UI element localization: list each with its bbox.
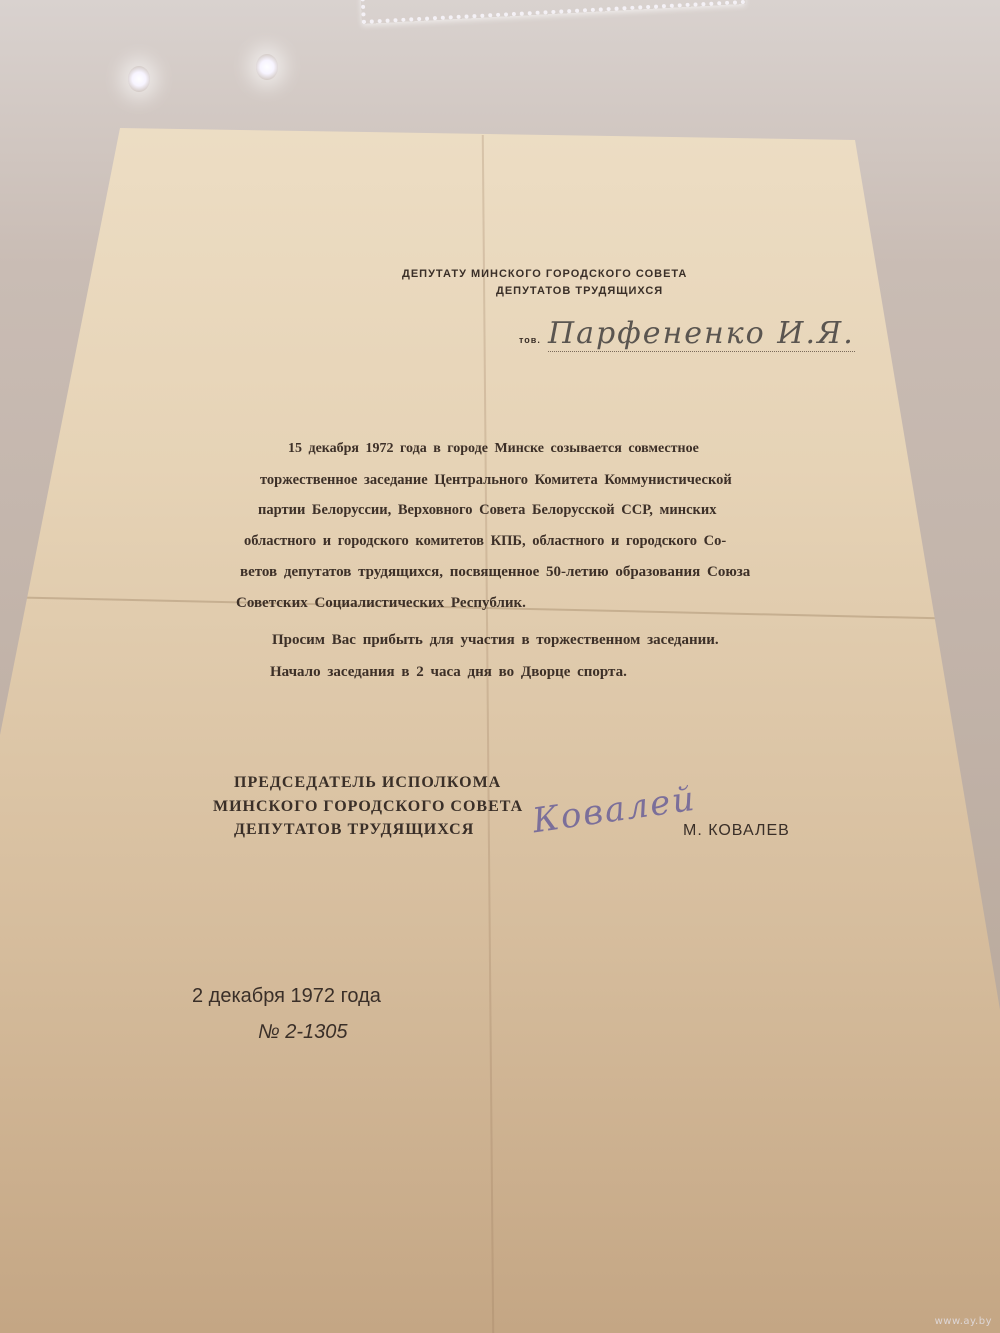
led-frame-reflection xyxy=(359,0,746,24)
ceiling-light-right xyxy=(256,54,278,80)
document-number: № 2-1305 xyxy=(258,1021,348,1044)
body-line-4: областного и городского комитетов КПБ, о… xyxy=(244,533,726,550)
signatory-title-3: ДЕПУТАТОВ ТРУДЯЩИХСЯ xyxy=(234,821,474,839)
document-paper: ДЕПУТАТУ МИНСКОГО ГОРОДСКОГО СОВЕТА ДЕПУ… xyxy=(0,0,1000,1333)
document-date: 2 декабря 1972 года xyxy=(192,985,381,1008)
signatory-name: М. КОВАЛЕВ xyxy=(683,822,790,840)
body-line-6: Советских Социалистических Республик. xyxy=(236,595,526,612)
watermark: www.ay.by xyxy=(935,1316,992,1327)
body-line-5: ветов депутатов трудящихся, посвященное … xyxy=(240,564,750,581)
vertical-fold xyxy=(482,135,494,1333)
addressee-name-handwritten: Парфененко И.Я. xyxy=(548,316,855,352)
body-line-3: партии Белоруссии, Верховного Совета Бел… xyxy=(258,502,717,519)
signatory-title-1: ПРЕДСЕДАТЕЛЬ ИСПОЛКОМА xyxy=(234,774,501,792)
addressee-prefix: тов. xyxy=(519,335,541,345)
addressee-line-1: ДЕПУТАТУ МИНСКОГО ГОРОДСКОГО СОВЕТА xyxy=(402,268,687,280)
start-info-line: Начало заседания в 2 часа дня во Дворце … xyxy=(270,664,627,681)
addressee-line-2: ДЕПУТАТОВ ТРУДЯЩИХСЯ xyxy=(496,285,663,297)
signature-handwritten: Ковалей xyxy=(530,779,698,842)
request-line: Просим Вас прибыть для участия в торжест… xyxy=(272,632,719,649)
ceiling-light-left xyxy=(128,66,150,92)
signatory-title-2: МИНСКОГО ГОРОДСКОГО СОВЕТА xyxy=(213,798,523,816)
body-line-2: торжественное заседание Центрального Ком… xyxy=(260,472,732,489)
body-line-1: 15 декабря 1972 года в городе Минске соз… xyxy=(288,441,699,457)
